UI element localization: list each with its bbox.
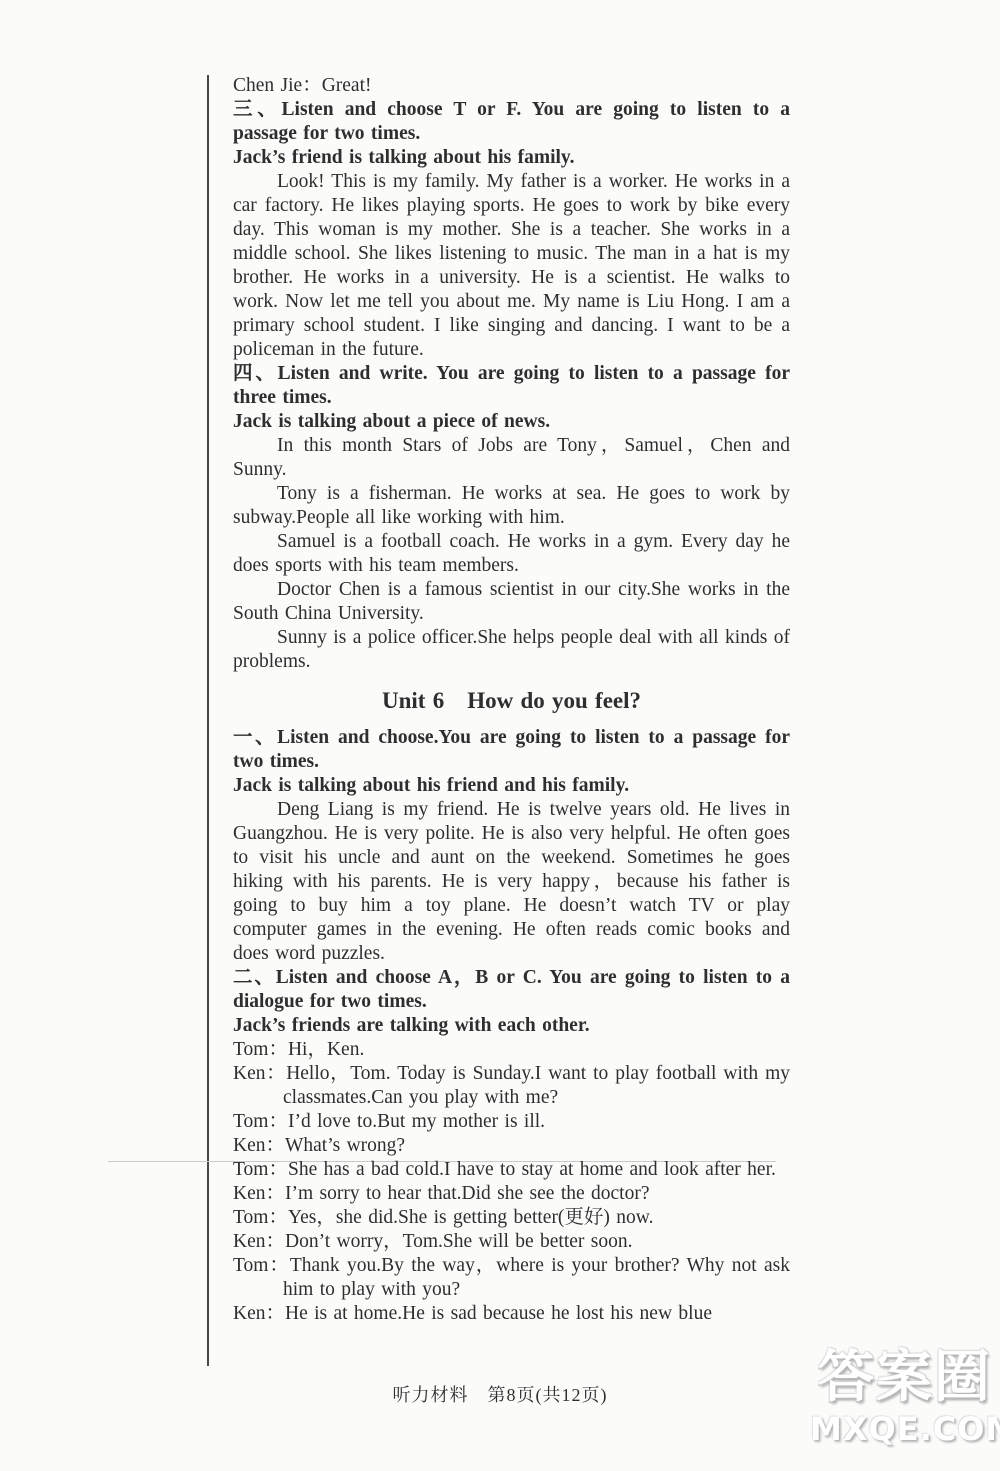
unit-title: Unit 6 How do you feel? (233, 686, 790, 716)
section-heading: Jack’s friends are talking with each oth… (233, 1014, 790, 1038)
text-line: Chen Jie：Great! (233, 74, 790, 98)
column-rule (207, 75, 209, 1366)
dialog-line: Ken：What’s wrong? (233, 1134, 790, 1158)
paragraph: Tony is a fisherman. He works at sea. He… (233, 482, 790, 530)
watermark-site: MXQE.COM (810, 1413, 1000, 1445)
section-heading: Jack’s friend is talking about his famil… (233, 146, 790, 170)
dialog-line: Ken：He is at home.He is sad because he l… (233, 1302, 790, 1326)
dialog-line: Tom：Thank you.By the way，where is your b… (233, 1254, 790, 1302)
paragraph: In this month Stars of Jobs are Tony，Sam… (233, 434, 790, 482)
dialog-line: Tom：Yes，she did.She is getting better(更好… (233, 1206, 790, 1230)
paragraph: Sunny is a police officer.She helps peop… (233, 626, 790, 674)
paragraph: Look! This is my family. My father is a … (233, 170, 790, 362)
section-heading: 三、Listen and choose T or F. You are goin… (233, 98, 790, 146)
dialog-line: Tom：Hi，Ken. (233, 1038, 790, 1062)
transcript-content: Chen Jie：Great!三、Listen and choose T or … (233, 74, 790, 1326)
paragraph: Doctor Chen is a famous scientist in our… (233, 578, 790, 626)
dialog-line: Ken：Hello，Tom. Today is Sunday.I want to… (233, 1062, 790, 1110)
dialog-line: Ken：Don’t worry，Tom.She will be better s… (233, 1230, 790, 1254)
section-heading: 四、Listen and write. You are going to lis… (233, 362, 790, 410)
section-heading: Jack is talking about a piece of news. (233, 410, 790, 434)
paragraph: Deng Liang is my friend. He is twelve ye… (233, 798, 790, 966)
section-heading: 二、Listen and choose A，B or C. You are go… (233, 966, 790, 1014)
watermark-brand: 答案圈 (810, 1350, 1000, 1406)
section-heading: Jack is talking about his friend and his… (233, 774, 790, 798)
watermark: 答案圈 MXQE.COM (810, 1350, 1000, 1445)
paragraph: Samuel is a football coach. He works in … (233, 530, 790, 578)
dialog-line: Tom：She has a bad cold.I have to stay at… (233, 1158, 790, 1182)
footer-text: 听力材料 第8页(共12页) (393, 1385, 608, 1405)
dialog-line: Ken：I’m sorry to hear that.Did she see t… (233, 1182, 790, 1206)
section-heading: 一、Listen and choose.You are going to lis… (233, 726, 790, 774)
dialog-line: Tom：I’d love to.But my mother is ill. (233, 1110, 790, 1134)
scanned-textbook-page: Chen Jie：Great!三、Listen and choose T or … (0, 0, 1000, 1471)
